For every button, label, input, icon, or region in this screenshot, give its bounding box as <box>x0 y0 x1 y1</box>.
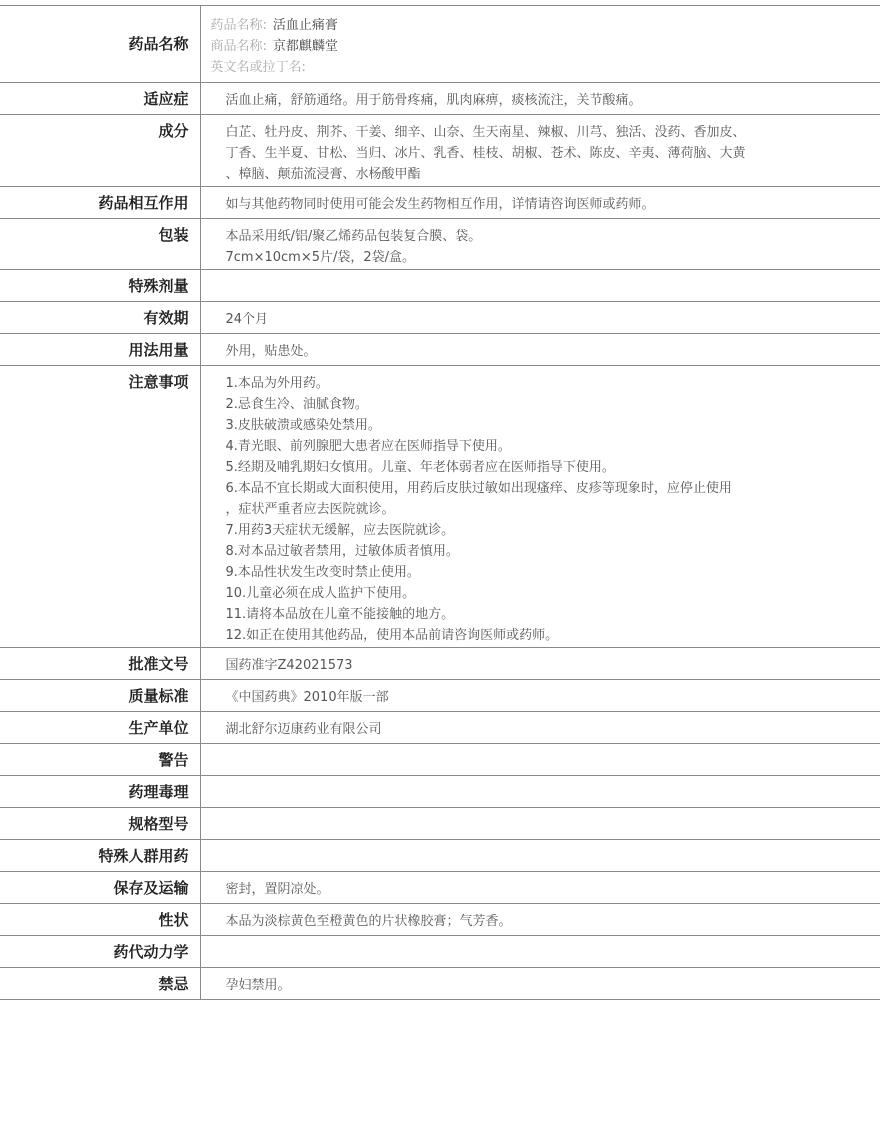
precaution-item: 3.皮肤破溃或感染处禁用。 <box>226 415 861 436</box>
english-name-label: 英文名或拉丁名: <box>211 60 306 75</box>
row-special-populations: 特殊人群用药 <box>0 840 880 872</box>
row-label: 警告 <box>0 744 200 776</box>
row-value: 药品名称:活血止痛膏 商品名称:京都麒麟堂 英文名或拉丁名: <box>200 6 880 83</box>
row-label: 药品相互作用 <box>0 187 200 219</box>
precaution-item: 4.青光眼、前列腺肥大患者应在医师指导下使用。 <box>226 436 861 457</box>
row-interactions: 药品相互作用 如与其他药物同时使用可能会发生药物相互作用，详情请咨询医师或药师。 <box>0 187 880 219</box>
row-label: 适应症 <box>0 83 200 115</box>
row-value <box>200 936 880 968</box>
precaution-item: 2.忌食生冷、油腻食物。 <box>226 394 861 415</box>
row-usage: 用法用量 外用，贴患处。 <box>0 334 880 366</box>
row-manufacturer: 生产单位 湖北舒尔迈康药业有限公司 <box>0 712 880 744</box>
row-label: 药理毒理 <box>0 776 200 808</box>
row-value <box>200 808 880 840</box>
row-value: 白芷、牡丹皮、荆芥、干姜、细辛、山奈、生天南星、辣椒、川芎、独活、没药、香加皮、… <box>200 115 880 187</box>
precaution-item: 11.请将本品放在儿童不能接触的地方。 <box>226 604 861 625</box>
row-value <box>200 270 880 302</box>
ingredients-line: 、樟脑、颠茄流浸膏、水杨酸甲酯 <box>226 164 861 185</box>
packaging-line: 本品采用纸/铝/聚乙烯药品包装复合膜、袋。 <box>226 226 861 247</box>
row-value: 24个月 <box>200 302 880 334</box>
row-label: 药代动力学 <box>0 936 200 968</box>
precaution-item: 9.本品性状发生改变时禁止使用。 <box>226 562 861 583</box>
row-packaging: 包装 本品采用纸/铝/聚乙烯药品包装复合膜、袋。 7cm×10cm×5片/袋，2… <box>0 219 880 270</box>
row-contraindications: 禁忌 孕妇禁用。 <box>0 968 880 1000</box>
precaution-item: 12.如正在使用其他药品，使用本品前请咨询医师或药师。 <box>226 625 861 646</box>
trade-name-label: 商品名称: <box>211 39 267 54</box>
row-value <box>200 840 880 872</box>
row-quality-standard: 质量标准 《中国药典》2010年版一部 <box>0 680 880 712</box>
row-label: 禁忌 <box>0 968 200 1000</box>
row-value: 本品采用纸/铝/聚乙烯药品包装复合膜、袋。 7cm×10cm×5片/袋，2袋/盒… <box>200 219 880 270</box>
row-value: 本品为淡棕黄色至橙黄色的片状橡胶膏；气芳香。 <box>200 904 880 936</box>
row-value: 《中国药典》2010年版一部 <box>200 680 880 712</box>
row-indications: 适应症 活血止痛，舒筋通络。用于筋骨疼痛，肌肉麻痹，痰核流注，关节酸痛。 <box>0 83 880 115</box>
row-ingredients: 成分 白芷、牡丹皮、荆芥、干姜、细辛、山奈、生天南星、辣椒、川芎、独活、没药、香… <box>0 115 880 187</box>
row-label: 注意事项 <box>0 366 200 648</box>
row-shelf-life: 有效期 24个月 <box>0 302 880 334</box>
row-storage: 保存及运输 密封，置阴凉处。 <box>0 872 880 904</box>
generic-name-value: 活血止痛膏 <box>273 18 338 33</box>
row-value: 外用，贴患处。 <box>200 334 880 366</box>
generic-name-label: 药品名称: <box>211 18 267 33</box>
row-label: 特殊剂量 <box>0 270 200 302</box>
trade-name-line: 商品名称:京都麒麟堂 <box>211 36 871 57</box>
precaution-item: 1.本品为外用药。 <box>226 373 861 394</box>
row-label: 保存及运输 <box>0 872 200 904</box>
row-label: 用法用量 <box>0 334 200 366</box>
row-value <box>200 776 880 808</box>
row-approval-number: 批准文号 国药准字Z42021573 <box>0 648 880 680</box>
english-name-line: 英文名或拉丁名: <box>211 57 871 78</box>
row-label: 性状 <box>0 904 200 936</box>
row-label: 批准文号 <box>0 648 200 680</box>
precaution-item: 8.对本品过敏者禁用，过敏体质者慎用。 <box>226 541 861 562</box>
precaution-item: 7.用药3天症状无缓解，应去医院就诊。 <box>226 520 861 541</box>
row-warning: 警告 <box>0 744 880 776</box>
row-description: 性状 本品为淡棕黄色至橙黄色的片状橡胶膏；气芳香。 <box>0 904 880 936</box>
row-label: 质量标准 <box>0 680 200 712</box>
row-pharmacokinetics: 药代动力学 <box>0 936 880 968</box>
row-value: 国药准字Z42021573 <box>200 648 880 680</box>
row-label: 包装 <box>0 219 200 270</box>
row-pharmacology: 药理毒理 <box>0 776 880 808</box>
row-special-dosage: 特殊剂量 <box>0 270 880 302</box>
row-label: 生产单位 <box>0 712 200 744</box>
row-value: 1.本品为外用药。 2.忌食生冷、油腻食物。 3.皮肤破溃或感染处禁用。 4.青… <box>200 366 880 648</box>
precaution-item: 6.本品不宜长期或大面积使用，用药后皮肤过敏如出现瘙痒、皮疹等现象时，应停止使用 <box>226 478 861 499</box>
row-label: 药品名称 <box>0 6 200 83</box>
row-value: 如与其他药物同时使用可能会发生药物相互作用，详情请咨询医师或药师。 <box>200 187 880 219</box>
row-value: 密封，置阴凉处。 <box>200 872 880 904</box>
row-label: 规格型号 <box>0 808 200 840</box>
packaging-line: 7cm×10cm×5片/袋，2袋/盒。 <box>226 247 861 268</box>
row-value: 活血止痛，舒筋通络。用于筋骨疼痛，肌肉麻痹，痰核流注，关节酸痛。 <box>200 83 880 115</box>
row-value: 孕妇禁用。 <box>200 968 880 1000</box>
drug-spec-table: 药品名称 药品名称:活血止痛膏 商品名称:京都麒麟堂 英文名或拉丁名: 适应症 … <box>0 5 880 1000</box>
ingredients-line: 丁香、生半夏、甘松、当归、冰片、乳香、桂枝、胡椒、苍术、陈皮、辛夷、薄荷脑、大黄 <box>226 143 861 164</box>
row-value: 湖北舒尔迈康药业有限公司 <box>200 712 880 744</box>
row-label: 成分 <box>0 115 200 187</box>
ingredients-line: 白芷、牡丹皮、荆芥、干姜、细辛、山奈、生天南星、辣椒、川芎、独活、没药、香加皮、 <box>226 122 861 143</box>
row-precautions: 注意事项 1.本品为外用药。 2.忌食生冷、油腻食物。 3.皮肤破溃或感染处禁用… <box>0 366 880 648</box>
precaution-item: 5.经期及哺乳期妇女慎用。儿童、年老体弱者应在医师指导下使用。 <box>226 457 861 478</box>
trade-name-value: 京都麒麟堂 <box>273 39 338 54</box>
row-specification: 规格型号 <box>0 808 880 840</box>
row-drug-name: 药品名称 药品名称:活血止痛膏 商品名称:京都麒麟堂 英文名或拉丁名: <box>0 6 880 83</box>
row-value <box>200 744 880 776</box>
row-label: 有效期 <box>0 302 200 334</box>
generic-name-line: 药品名称:活血止痛膏 <box>211 15 871 36</box>
precaution-item: ，症状严重者应去医院就诊。 <box>226 499 861 520</box>
row-label: 特殊人群用药 <box>0 840 200 872</box>
precaution-item: 10.儿童必须在成人监护下使用。 <box>226 583 861 604</box>
